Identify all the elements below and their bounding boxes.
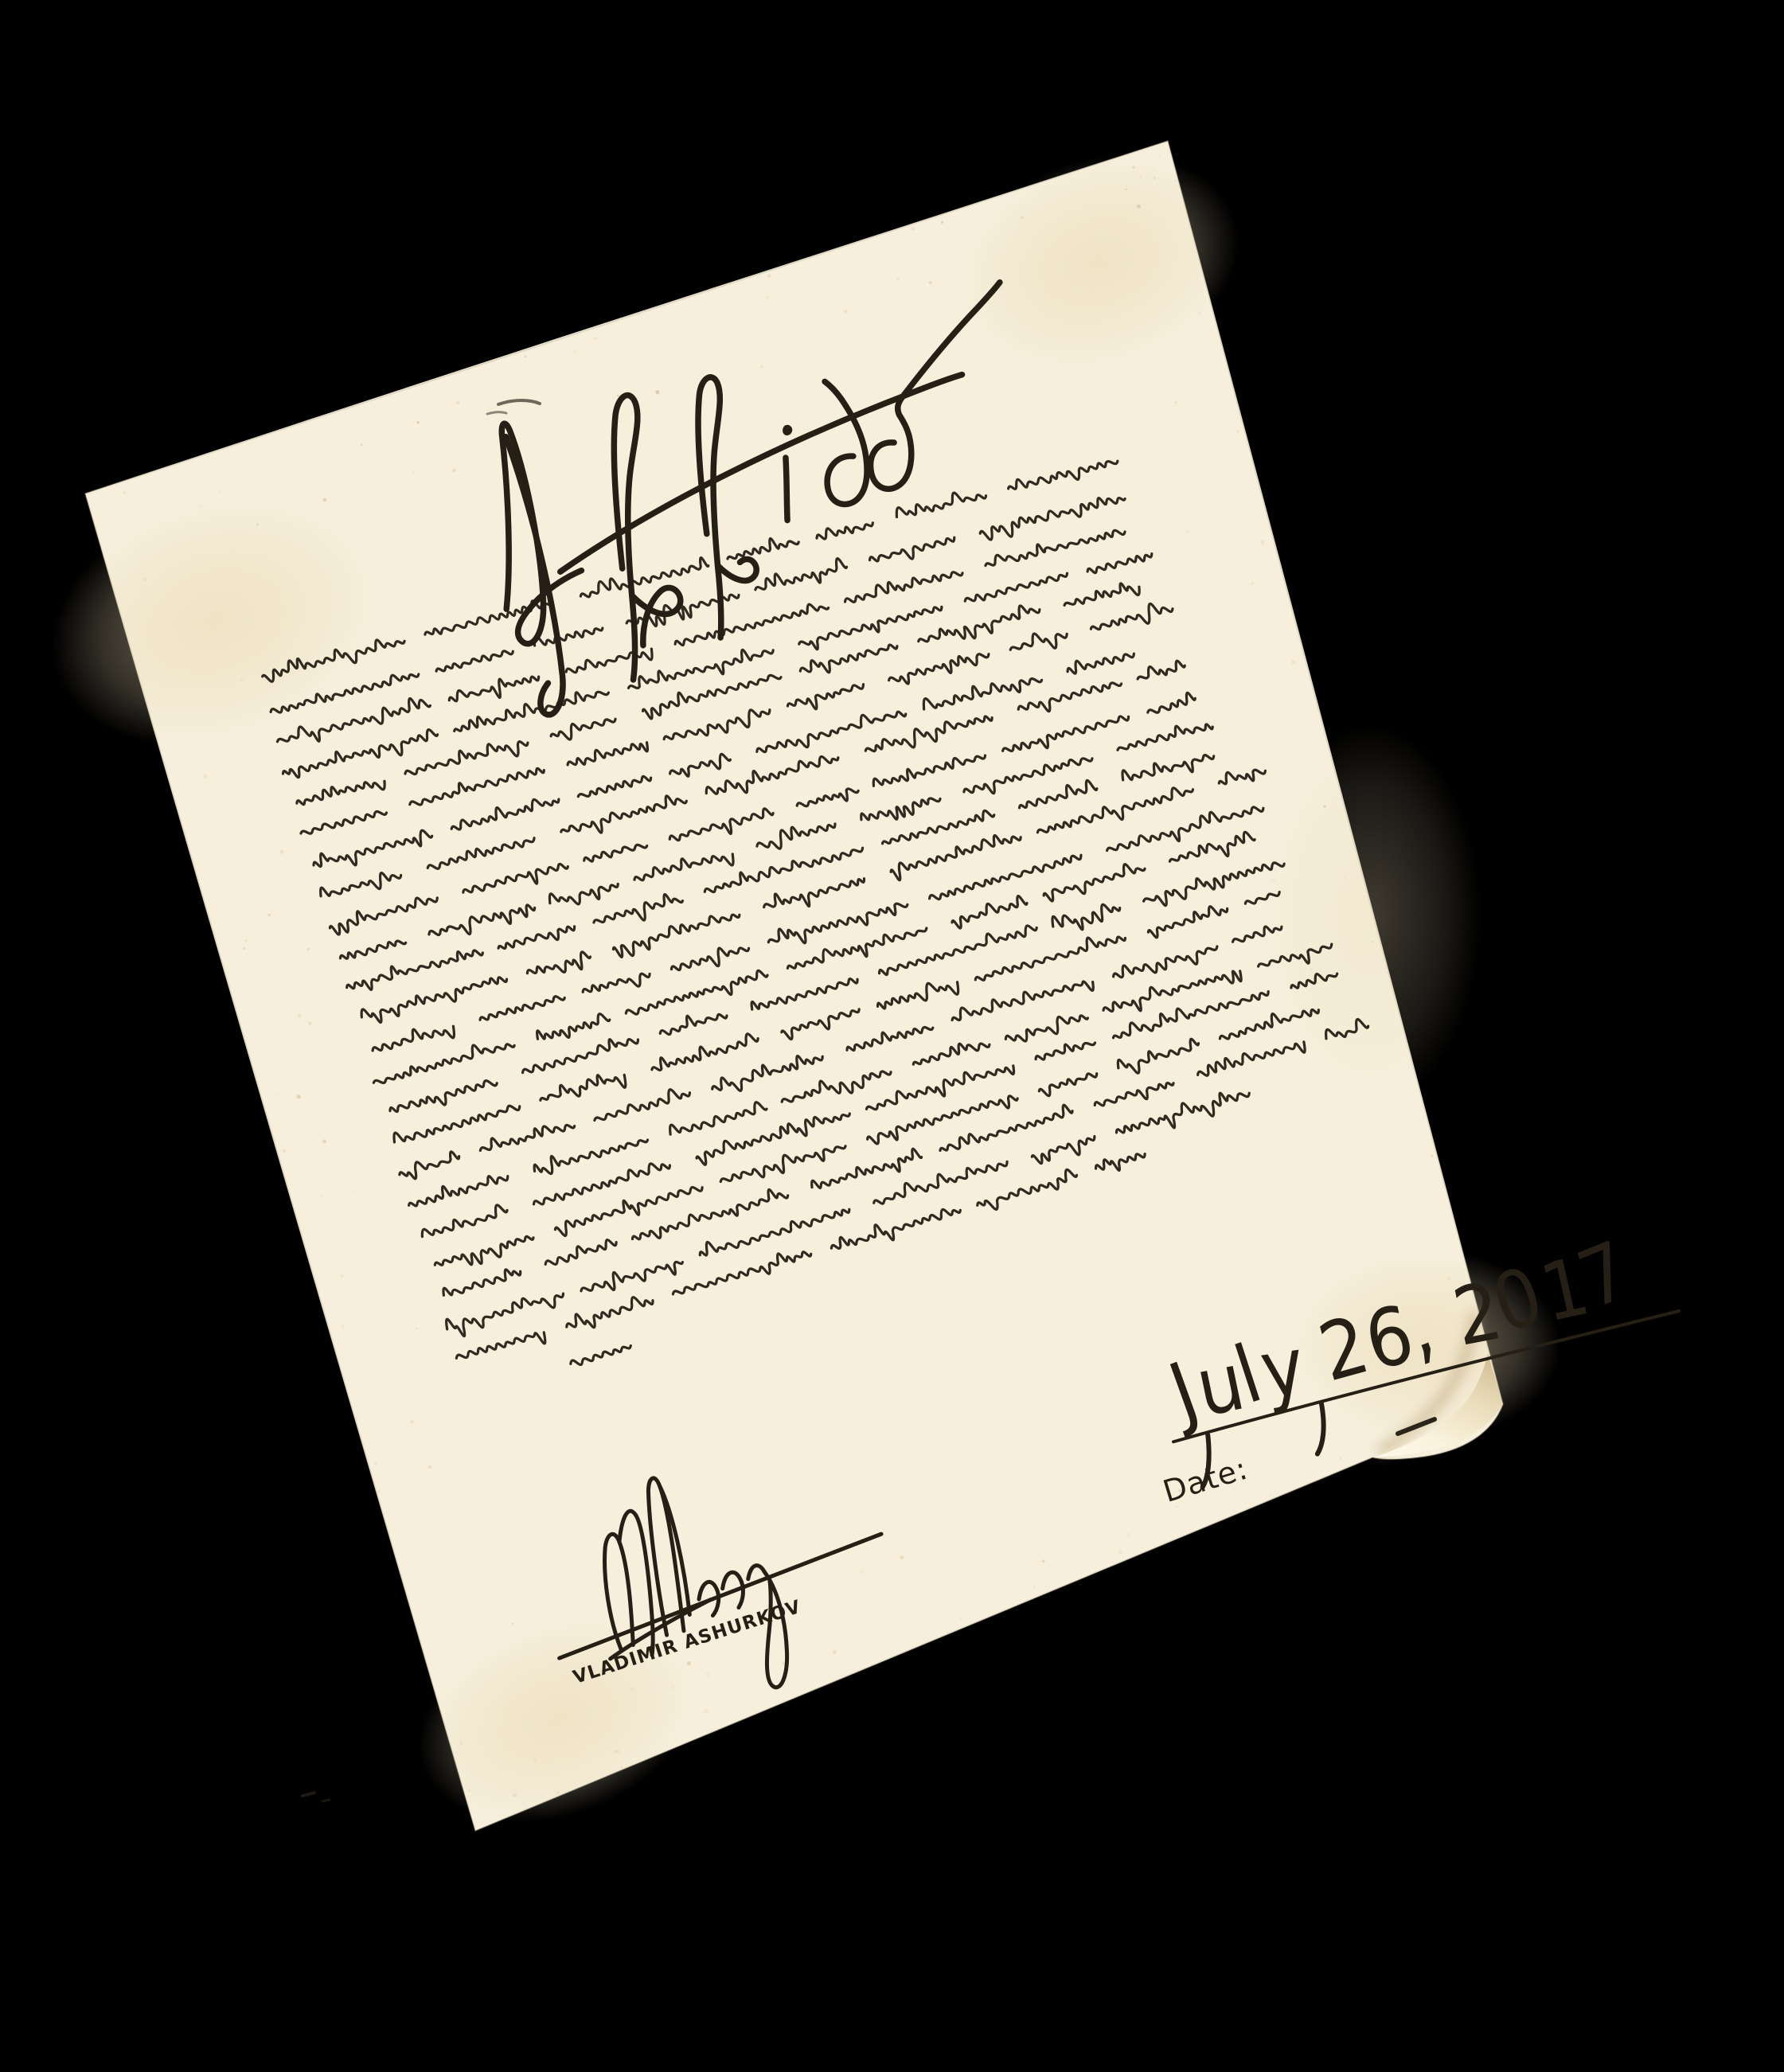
speckle [298, 1013, 302, 1017]
speckle [1269, 1494, 1271, 1496]
speckle [1043, 186, 1046, 189]
speckle [199, 505, 201, 508]
photo-stage: July 26, 2017 Date: VLADIMIR ASHURKOV [0, 0, 1784, 2072]
speckle [1422, 1117, 1424, 1119]
speckle [256, 523, 259, 525]
speckle [410, 1419, 414, 1423]
speckle [704, 1709, 708, 1713]
speckle [844, 310, 848, 314]
speckle [765, 1693, 767, 1695]
speckle [573, 350, 576, 353]
speckle [243, 947, 245, 950]
speckle [123, 491, 126, 494]
speckle [1251, 582, 1254, 584]
speckle [460, 1742, 463, 1745]
speckle [860, 1570, 864, 1574]
speckle [1021, 217, 1024, 219]
speckle [428, 1465, 431, 1469]
speckle [203, 775, 207, 778]
speckle [833, 1650, 837, 1654]
speckle [705, 1672, 709, 1676]
speckle [361, 454, 363, 456]
speckle [457, 401, 460, 404]
speckle [1431, 1154, 1433, 1157]
speckle [1153, 169, 1155, 171]
speckle [533, 1758, 537, 1762]
speckle [1137, 205, 1141, 209]
speckle [1033, 1586, 1035, 1587]
speckle [941, 221, 943, 224]
speckle [1372, 941, 1373, 942]
speckle [452, 469, 455, 472]
speckle [276, 1094, 279, 1097]
speckle [620, 318, 623, 320]
speckle [767, 275, 771, 278]
speckle [1174, 401, 1177, 404]
speckle [687, 1661, 691, 1665]
speckle [342, 1325, 345, 1328]
speckle [143, 577, 147, 581]
speckle [322, 498, 326, 502]
speckle [353, 1190, 355, 1192]
speckle [766, 296, 769, 299]
speckle [961, 1618, 962, 1620]
speckle [1340, 1457, 1342, 1460]
speckle [513, 1793, 517, 1797]
speckle [240, 679, 244, 682]
speckle [1261, 540, 1265, 544]
speckle [374, 1462, 377, 1465]
affidavit-photo: July 26, 2017 Date: VLADIMIR ASHURKOV [0, 0, 1784, 2072]
speckle [525, 356, 527, 358]
speckle [896, 277, 900, 280]
speckle [219, 490, 221, 492]
speckle [630, 1688, 634, 1692]
speckle [1291, 660, 1295, 664]
speckle [280, 850, 284, 854]
speckle [900, 1555, 904, 1559]
speckle [320, 1195, 323, 1198]
speckle [307, 948, 310, 951]
speckle [1324, 806, 1326, 808]
speckle [416, 421, 420, 424]
speckle [947, 1632, 948, 1633]
speckle [283, 1149, 287, 1153]
speckle [1310, 968, 1312, 970]
speckle [1126, 1533, 1130, 1537]
speckle [1271, 877, 1275, 881]
speckle [412, 472, 414, 474]
speckle [929, 281, 932, 284]
speckle [615, 1750, 617, 1752]
speckle [617, 395, 619, 397]
speckle [616, 1750, 620, 1754]
speckle [322, 1139, 326, 1143]
speckle [1236, 430, 1239, 432]
speckle [1118, 1550, 1122, 1554]
speckle [268, 914, 271, 916]
speckle [513, 1623, 514, 1625]
speckle [1042, 1559, 1045, 1563]
speckle [361, 444, 363, 447]
speckle [1174, 180, 1177, 182]
speckle [1158, 155, 1161, 158]
speckle [468, 1790, 470, 1793]
speckle [1215, 523, 1216, 525]
speckle [620, 1766, 623, 1769]
speckle [594, 337, 597, 340]
speckle [244, 939, 248, 942]
speckle [310, 1100, 312, 1102]
speckle [1187, 531, 1190, 534]
speckle [388, 1423, 389, 1425]
speckle [1198, 311, 1201, 314]
speckle [297, 1095, 301, 1098]
speckle [1141, 1547, 1142, 1549]
speckle [1273, 545, 1275, 548]
speckle [760, 365, 763, 369]
speckle [671, 1685, 674, 1688]
speckle [1132, 166, 1135, 169]
speckle [705, 1727, 707, 1728]
speckle [1343, 876, 1346, 879]
speckle [655, 390, 659, 394]
speckle [308, 1021, 311, 1024]
speckle [416, 1328, 417, 1329]
speckle [1154, 177, 1156, 179]
speckle [378, 1490, 381, 1493]
speckle [1139, 176, 1142, 179]
speckle [1125, 188, 1127, 190]
speckle [911, 227, 915, 231]
speckle [556, 1790, 560, 1794]
speckle [341, 1274, 343, 1277]
speckle [702, 1712, 704, 1714]
speckle [217, 478, 218, 480]
